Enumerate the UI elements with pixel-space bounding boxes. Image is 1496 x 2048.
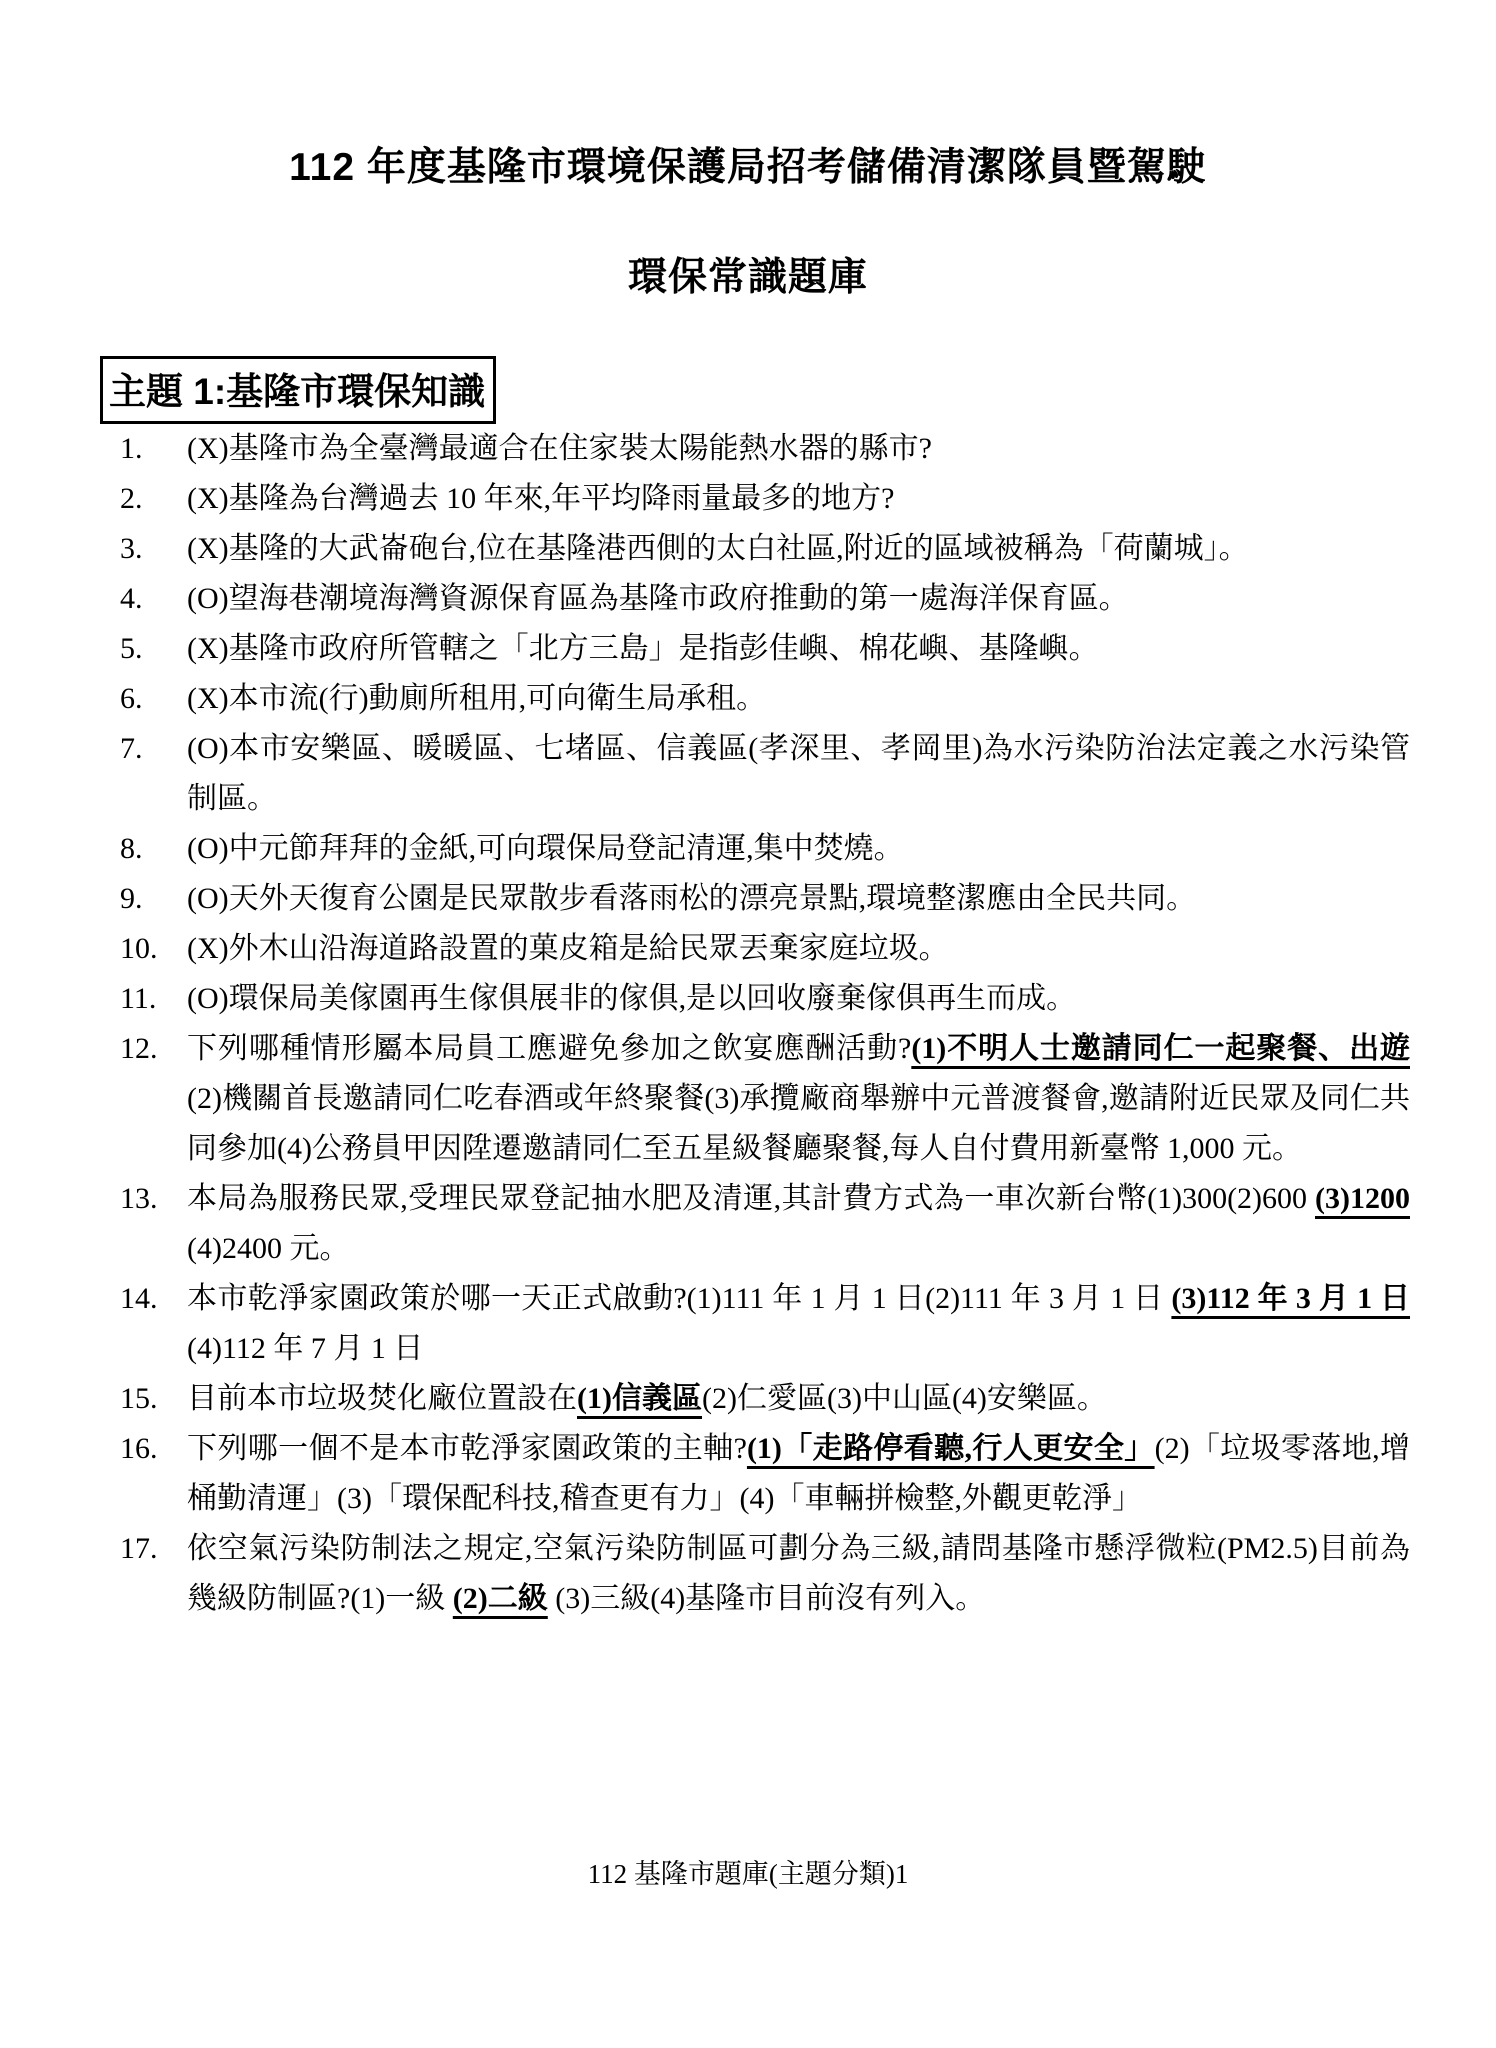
question-number: 10. [120, 924, 187, 974]
question-text: (O)天外天復育公園是民眾散步看落雨松的漂亮景點,環境整潔應由全民共同。 [187, 874, 1410, 924]
document-page: 112 年度基隆市環境保護局招考儲備清潔隊員暨駕駛 環保常識題庫 主題 1:基隆… [0, 0, 1496, 2048]
answer-emphasis: (2)二級 [453, 1582, 548, 1615]
section-heading: 主題 1:基隆市環保知識 [100, 356, 496, 424]
question-text: (X)基隆市政府所管轄之「北方三島」是指彭佳嶼、棉花嶼、基隆嶼。 [187, 624, 1410, 674]
question-item: 7.(O)本市安樂區、暖暖區、七堵區、信義區(孝深里、孝岡里)為水污染防治法定義… [120, 724, 1410, 824]
question-number: 5. [120, 624, 187, 674]
question-text: (X)基隆的大武崙砲台,位在基隆港西側的太白社區,附近的區域被稱為「荷蘭城」。 [187, 524, 1410, 574]
question-item: 16.下列哪一個不是本市乾淨家園政策的主軸?(1)「走路停看聽,行人更安全」(2… [120, 1424, 1410, 1524]
page-footer: 112 基隆市題庫(主題分類)1 [0, 1852, 1496, 1891]
question-segment: (O)中元節拜拜的金紙,可向環保局登記清運,集中焚燒。 [187, 832, 904, 865]
question-segment: 下列哪一個不是本市乾淨家園政策的主軸? [187, 1432, 747, 1465]
question-item: 2.(X)基隆為台灣過去 10 年來,年平均降雨量最多的地方? [120, 474, 1410, 524]
question-number: 2. [120, 474, 187, 524]
answer-emphasis: (1)「走路停看聽,行人更安全」 [747, 1432, 1155, 1465]
question-list: 1.(X)基隆市為全臺灣最適合在住家裝太陽能熱水器的縣市?2.(X)基隆為台灣過… [120, 424, 1410, 1624]
question-segment: (O)本市安樂區、暖暖區、七堵區、信義區(孝深里、孝岡里)為水污染防治法定義之水… [187, 732, 1410, 815]
document-title: 112 年度基隆市環境保護局招考儲備清潔隊員暨駕駛 [0, 136, 1496, 192]
question-number: 8. [120, 824, 187, 874]
question-text: 目前本市垃圾焚化廠位置設在(1)信義區(2)仁愛區(3)中山區(4)安樂區。 [187, 1374, 1410, 1424]
question-segment: (X)基隆市為全臺灣最適合在住家裝太陽能熱水器的縣市? [187, 432, 932, 465]
document-subtitle: 環保常識題庫 [0, 246, 1496, 302]
question-segment: 本市乾淨家園政策於哪一天正式啟動?(1)111 年 1 月 1 日(2)111 … [187, 1282, 1171, 1315]
question-number: 4. [120, 574, 187, 624]
question-segment: 本局為服務民眾,受理民眾登記抽水肥及清運,其計費方式為一車次新台幣(1)300(… [187, 1182, 1315, 1215]
question-item: 17.依空氣污染防制法之規定,空氣污染防制區可劃分為三級,請問基隆市懸浮微粒(P… [120, 1524, 1410, 1624]
question-segment: (O)天外天復育公園是民眾散步看落雨松的漂亮景點,環境整潔應由全民共同。 [187, 882, 1196, 915]
question-text: 本市乾淨家園政策於哪一天正式啟動?(1)111 年 1 月 1 日(2)111 … [187, 1274, 1410, 1374]
question-number: 7. [120, 724, 187, 774]
question-item: 5.(X)基隆市政府所管轄之「北方三島」是指彭佳嶼、棉花嶼、基隆嶼。 [120, 624, 1410, 674]
question-item: 15.目前本市垃圾焚化廠位置設在(1)信義區(2)仁愛區(3)中山區(4)安樂區… [120, 1374, 1410, 1424]
question-segment: (X)本市流(行)動廁所租用,可向衛生局承租。 [187, 682, 766, 715]
question-segment: (X)基隆的大武崙砲台,位在基隆港西側的太白社區,附近的區域被稱為「荷蘭城」。 [187, 532, 1249, 565]
answer-emphasis: (1)信義區 [577, 1382, 702, 1415]
answer-emphasis: (3)112 年 3 月 1 日 [1171, 1282, 1410, 1315]
question-item: 10.(X)外木山沿海道路設置的菓皮箱是給民眾丟棄家庭垃圾。 [120, 924, 1410, 974]
question-item: 13.本局為服務民眾,受理民眾登記抽水肥及清運,其計費方式為一車次新台幣(1)3… [120, 1174, 1410, 1274]
question-item: 11.(O)環保局美傢園再生傢俱展非的傢俱,是以回收廢棄傢俱再生而成。 [120, 974, 1410, 1024]
question-number: 12. [120, 1024, 187, 1074]
question-segment: (O)環保局美傢園再生傢俱展非的傢俱,是以回收廢棄傢俱再生而成。 [187, 982, 1076, 1015]
question-item: 6.(X)本市流(行)動廁所租用,可向衛生局承租。 [120, 674, 1410, 724]
question-segment: (4)2400 元。 [187, 1232, 349, 1265]
question-segment: (X)外木山沿海道路設置的菓皮箱是給民眾丟棄家庭垃圾。 [187, 932, 949, 965]
question-item: 3.(X)基隆的大武崙砲台,位在基隆港西側的太白社區,附近的區域被稱為「荷蘭城」… [120, 524, 1410, 574]
question-number: 15. [120, 1374, 187, 1424]
question-item: 8.(O)中元節拜拜的金紙,可向環保局登記清運,集中焚燒。 [120, 824, 1410, 874]
question-text: (X)外木山沿海道路設置的菓皮箱是給民眾丟棄家庭垃圾。 [187, 924, 1410, 974]
question-segment: (2)仁愛區(3)中山區(4)安樂區。 [702, 1382, 1107, 1415]
question-segment: 下列哪種情形屬本局員工應避免參加之飲宴應酬活動? [187, 1032, 911, 1065]
question-segment: (X)基隆市政府所管轄之「北方三島」是指彭佳嶼、棉花嶼、基隆嶼。 [187, 632, 1099, 665]
question-text: (O)環保局美傢園再生傢俱展非的傢俱,是以回收廢棄傢俱再生而成。 [187, 974, 1410, 1024]
question-number: 6. [120, 674, 187, 724]
question-number: 16. [120, 1424, 187, 1474]
question-segment: (X)基隆為台灣過去 10 年來,年平均降雨量最多的地方? [187, 482, 894, 515]
question-segment: (4)112 年 7 月 1 日 [187, 1332, 423, 1365]
question-number: 9. [120, 874, 187, 924]
question-number: 3. [120, 524, 187, 574]
question-text: 本局為服務民眾,受理民眾登記抽水肥及清運,其計費方式為一車次新台幣(1)300(… [187, 1174, 1410, 1274]
question-segment: (O)望海巷潮境海灣資源保育區為基隆市政府推動的第一處海洋保育區。 [187, 582, 1129, 615]
question-segment: 目前本市垃圾焚化廠位置設在 [187, 1382, 577, 1415]
question-segment: (3)三級(4)基隆市目前沒有列入。 [548, 1582, 985, 1615]
answer-emphasis: (3)1200 [1315, 1182, 1410, 1215]
question-text: (X)本市流(行)動廁所租用,可向衛生局承租。 [187, 674, 1410, 724]
question-number: 13. [120, 1174, 187, 1224]
question-text: 下列哪一個不是本市乾淨家園政策的主軸?(1)「走路停看聽,行人更安全」(2)「垃… [187, 1424, 1410, 1524]
question-number: 11. [120, 974, 187, 1024]
question-text: (O)望海巷潮境海灣資源保育區為基隆市政府推動的第一處海洋保育區。 [187, 574, 1410, 624]
question-item: 9.(O)天外天復育公園是民眾散步看落雨松的漂亮景點,環境整潔應由全民共同。 [120, 874, 1410, 924]
question-text: (O)中元節拜拜的金紙,可向環保局登記清運,集中焚燒。 [187, 824, 1410, 874]
question-number: 17. [120, 1524, 187, 1574]
question-item: 1.(X)基隆市為全臺灣最適合在住家裝太陽能熱水器的縣市? [120, 424, 1410, 474]
question-item: 14.本市乾淨家園政策於哪一天正式啟動?(1)111 年 1 月 1 日(2)1… [120, 1274, 1410, 1374]
question-number: 1. [120, 424, 187, 474]
question-number: 14. [120, 1274, 187, 1324]
answer-emphasis: (1)不明人士邀請同仁一起聚餐、出遊 [911, 1032, 1410, 1065]
question-text: 下列哪種情形屬本局員工應避免參加之飲宴應酬活動?(1)不明人士邀請同仁一起聚餐、… [187, 1024, 1410, 1174]
question-segment: (2)機關首長邀請同仁吃春酒或年終聚餐(3)承攬廠商舉辦中元普渡餐會,邀請附近民… [187, 1082, 1410, 1165]
question-text: (X)基隆為台灣過去 10 年來,年平均降雨量最多的地方? [187, 474, 1410, 524]
question-text: 依空氣污染防制法之規定,空氣污染防制區可劃分為三級,請問基隆市懸浮微粒(PM2.… [187, 1524, 1410, 1624]
question-text: (X)基隆市為全臺灣最適合在住家裝太陽能熱水器的縣市? [187, 424, 1410, 474]
question-item: 12.下列哪種情形屬本局員工應避免參加之飲宴應酬活動?(1)不明人士邀請同仁一起… [120, 1024, 1410, 1174]
question-item: 4.(O)望海巷潮境海灣資源保育區為基隆市政府推動的第一處海洋保育區。 [120, 574, 1410, 624]
question-text: (O)本市安樂區、暖暖區、七堵區、信義區(孝深里、孝岡里)為水污染防治法定義之水… [187, 724, 1410, 824]
